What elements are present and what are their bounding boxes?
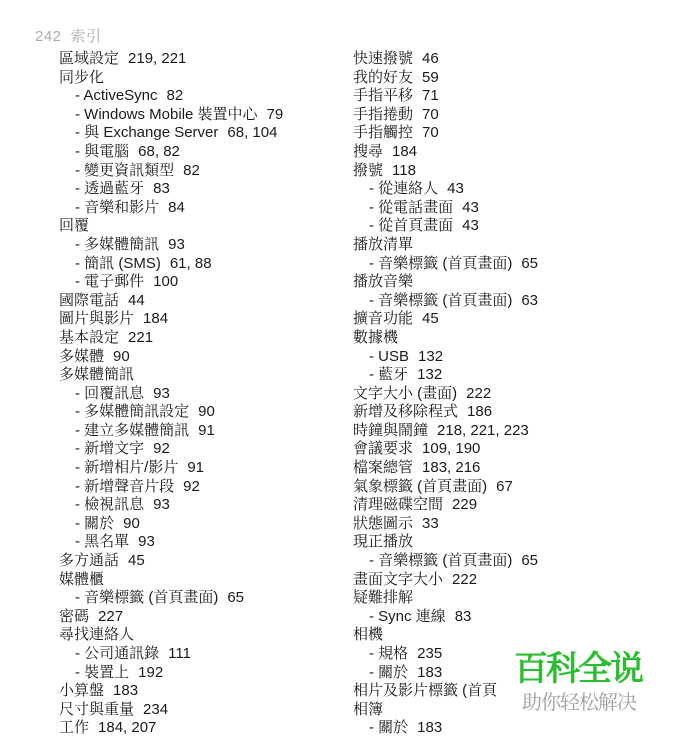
entry-pages: 183 (113, 682, 138, 699)
entry-label: 數據機 (353, 329, 398, 346)
entry-pages: 132 (418, 348, 443, 365)
index-entry: 文字大小 (畫面)222 (353, 385, 683, 404)
index-subentry: - Sync 連線83 (353, 608, 683, 627)
entry-label: 小算盤 (59, 682, 104, 699)
entry-pages: 44 (128, 292, 145, 309)
entry-pages: 90 (113, 348, 130, 365)
entry-pages: 92 (153, 440, 170, 457)
entry-pages: 93 (168, 236, 185, 253)
index-column-left: 區域設定219, 221同步化- ActiveSync82- Windows M… (59, 50, 349, 738)
entry-label: 多媒體 (59, 348, 104, 365)
index-entry: 數據機 (353, 329, 683, 348)
entry-pages: 221 (128, 329, 153, 346)
entry-pages: 67 (496, 478, 513, 495)
entry-label: - 關於 (75, 515, 114, 532)
index-entry: 氣象標籤 (首頁畫面)67 (353, 478, 683, 497)
page-number: 242 (35, 28, 62, 45)
index-subentry: - 新增文字92 (59, 440, 349, 459)
entry-label: - 新增相片/影片 (75, 459, 178, 476)
index-entry: 手指平移71 (353, 87, 683, 106)
entry-pages: 65 (521, 255, 538, 272)
entry-pages: 71 (422, 87, 439, 104)
index-subentry: - 建立多媒體簡訊91 (59, 422, 349, 441)
index-entry: 尋找連絡人 (59, 626, 349, 645)
entry-label: 擴音功能 (353, 310, 413, 327)
entry-pages: 222 (452, 571, 477, 588)
entry-pages: 222 (466, 385, 491, 402)
index-entry: 快速撥號46 (353, 50, 683, 69)
index-subentry: - 公司通訊錄111 (59, 645, 349, 664)
watermark: 百科全说 助你轻松解决 (504, 638, 692, 736)
index-entry: 擴音功能45 (353, 310, 683, 329)
index-entry: 會議要求109, 190 (353, 440, 683, 459)
entry-pages: 91 (198, 422, 215, 439)
index-subentry: - 變更資訊類型82 (59, 162, 349, 181)
entry-label: - Windows Mobile 裝置中心 (75, 106, 258, 123)
index-entry: 檔案總管183, 216 (353, 459, 683, 478)
entry-label: 區域設定 (59, 50, 119, 67)
entry-pages: 65 (227, 589, 244, 606)
entry-label: - 變更資訊類型 (75, 162, 174, 179)
index-entry: 撥號118 (353, 162, 683, 181)
index-subentry: - 藍牙132 (353, 366, 683, 385)
index-entry: 清理磁碟空間229 (353, 496, 683, 515)
index-subentry: - 透過藍牙83 (59, 180, 349, 199)
index-entry: 區域設定219, 221 (59, 50, 349, 69)
index-subentry: - 電子郵件100 (59, 273, 349, 292)
entry-label: 會議要求 (353, 440, 413, 457)
entry-label: 播放清單 (353, 236, 413, 253)
entry-pages: 183, 216 (422, 459, 480, 476)
entry-label: 撥號 (353, 162, 383, 179)
entry-label: - 音樂和影片 (75, 199, 159, 216)
entry-pages: 91 (187, 459, 204, 476)
entry-label: 狀態圖示 (353, 515, 413, 532)
entry-label: - Sync 連線 (369, 608, 446, 625)
entry-label: 現正播放 (353, 533, 413, 550)
entry-pages: 218, 221, 223 (437, 422, 529, 439)
index-entry: 疑難排解 (353, 589, 683, 608)
index-subentry: - 音樂標籤 (首頁畫面)63 (353, 292, 683, 311)
entry-label: 相簿 (353, 701, 383, 718)
entry-pages: 92 (183, 478, 200, 495)
index-entry: 新增及移除程式186 (353, 403, 683, 422)
index-subentry: - 音樂和影片84 (59, 199, 349, 218)
entry-label: - 與電腦 (75, 143, 129, 160)
entry-pages: 184, 207 (98, 719, 156, 736)
entry-label: 基本設定 (59, 329, 119, 346)
index-entry: 密碼227 (59, 608, 349, 627)
entry-label: 媒體櫃 (59, 571, 104, 588)
entry-pages: 93 (138, 533, 155, 550)
entry-pages: 90 (198, 403, 215, 420)
entry-pages: 46 (422, 50, 439, 67)
entry-label: - 新增文字 (75, 440, 144, 457)
entry-label: 圖片與影片 (59, 310, 134, 327)
entry-pages: 109, 190 (422, 440, 480, 457)
entry-pages: 183 (417, 664, 442, 681)
entry-label: 我的好友 (353, 69, 413, 86)
entry-label: - 從連絡人 (369, 180, 438, 197)
entry-label: 手指觸控 (353, 124, 413, 141)
index-entry: 小算盤183 (59, 682, 349, 701)
entry-pages: 68, 82 (138, 143, 180, 160)
index-entry: 手指捲動70 (353, 106, 683, 125)
entry-label: 工作 (59, 719, 89, 736)
entry-label: - 新增聲音片段 (75, 478, 174, 495)
entry-pages: 234 (143, 701, 168, 718)
index-entry: 我的好友59 (353, 69, 683, 88)
index-entry: 同步化 (59, 69, 349, 88)
entry-pages: 82 (183, 162, 200, 179)
entry-pages: 184 (143, 310, 168, 327)
entry-label: 快速撥號 (353, 50, 413, 67)
entry-label: - 電子郵件 (75, 273, 144, 290)
index-entry: 畫面文字大小222 (353, 571, 683, 590)
index-subentry: - 黑名單93 (59, 533, 349, 552)
index-entry: 播放音樂 (353, 273, 683, 292)
entry-label: - 關於 (369, 719, 408, 736)
index-entry: 搜尋184 (353, 143, 683, 162)
index-subentry: - 與電腦68, 82 (59, 143, 349, 162)
index-subentry: - 音樂標籤 (首頁畫面)65 (59, 589, 349, 608)
entry-label: - 與 Exchange Server (75, 124, 218, 141)
index-entry: 手指觸控70 (353, 124, 683, 143)
index-subentry: - 簡訊 (SMS)61, 88 (59, 255, 349, 274)
entry-pages: 100 (153, 273, 178, 290)
watermark-subtitle: 助你轻松解决 (522, 693, 692, 713)
entry-pages: 33 (422, 515, 439, 532)
index-entry: 工作184, 207 (59, 719, 349, 738)
entry-label: 尋找連絡人 (59, 626, 134, 643)
index-subentry: - Windows Mobile 裝置中心79 (59, 106, 349, 125)
entry-pages: 83 (153, 180, 170, 197)
entry-label: - 黑名單 (75, 533, 129, 550)
index-subentry: - 從連絡人43 (353, 180, 683, 199)
entry-label: - 裝置上 (75, 664, 129, 681)
entry-label: 檔案總管 (353, 459, 413, 476)
entry-pages: 83 (455, 608, 472, 625)
entry-pages: 90 (123, 515, 140, 532)
entry-pages: 43 (447, 180, 464, 197)
entry-label: - 公司通訊錄 (75, 645, 159, 662)
entry-label: 新增及移除程式 (353, 403, 458, 420)
index-entry: 播放清單 (353, 236, 683, 255)
entry-label: - 音樂標籤 (首頁畫面) (369, 292, 512, 309)
entry-pages: 183 (417, 719, 442, 736)
entry-label: 畫面文字大小 (353, 571, 443, 588)
index-subentry: - 新增聲音片段92 (59, 478, 349, 497)
index-subentry: - 裝置上192 (59, 664, 349, 683)
index-entry: 尺寸與重量234 (59, 701, 349, 720)
index-subentry: - 多媒體簡訊設定90 (59, 403, 349, 422)
entry-pages: 79 (267, 106, 284, 123)
entry-label: 密碼 (59, 608, 89, 625)
entry-pages: 227 (98, 608, 123, 625)
entry-label: - 從電話畫面 (369, 199, 453, 216)
index-subentry: - 回覆訊息93 (59, 385, 349, 404)
index-subentry: - 關於90 (59, 515, 349, 534)
entry-label: - 多媒體簡訊設定 (75, 403, 189, 420)
entry-pages: 192 (138, 664, 163, 681)
index-entry: 媒體櫃 (59, 571, 349, 590)
entry-label: - 音樂標籤 (首頁畫面) (369, 552, 512, 569)
entry-pages: 61, 88 (170, 255, 212, 272)
entry-pages: 59 (422, 69, 439, 86)
entry-pages: 45 (128, 552, 145, 569)
entry-label: 播放音樂 (353, 273, 413, 290)
index-entry: 多媒體簡訊 (59, 366, 349, 385)
entry-label: 相機 (353, 626, 383, 643)
index-entry: 現正播放 (353, 533, 683, 552)
entry-label: 時鐘與鬧鐘 (353, 422, 428, 439)
entry-label: - USB (369, 348, 409, 365)
entry-label: 同步化 (59, 69, 104, 86)
entry-label: - 音樂標籤 (首頁畫面) (369, 255, 512, 272)
entry-label: 相片及影片標籤 (首頁 (353, 682, 497, 699)
entry-pages: 84 (168, 199, 185, 216)
entry-label: 疑難排解 (353, 589, 413, 606)
entry-label: 手指平移 (353, 87, 413, 104)
entry-pages: 93 (153, 385, 170, 402)
index-entry: 狀態圖示33 (353, 515, 683, 534)
entry-label: 國際電話 (59, 292, 119, 309)
entry-pages: 82 (167, 87, 184, 104)
entry-pages: 43 (462, 199, 479, 216)
index-entry: 國際電話44 (59, 292, 349, 311)
index-subentry: - 從電話畫面43 (353, 199, 683, 218)
entry-label: - 透過藍牙 (75, 180, 144, 197)
index-subentry: - 多媒體簡訊93 (59, 236, 349, 255)
index-column-right: 快速撥號46我的好友59手指平移71手指捲動70手指觸控70搜尋184撥號118… (353, 50, 683, 738)
watermark-title: 百科全说 (514, 652, 692, 686)
entry-label: - 回覆訊息 (75, 385, 144, 402)
entry-pages: 63 (521, 292, 538, 309)
index-subentry: - 音樂標籤 (首頁畫面)65 (353, 255, 683, 274)
entry-pages: 219, 221 (128, 50, 186, 67)
entry-pages: 132 (417, 366, 442, 383)
index-subentry: - 與 Exchange Server68, 104 (59, 124, 349, 143)
index-subentry: - 音樂標籤 (首頁畫面)65 (353, 552, 683, 571)
entry-pages: 235 (417, 645, 442, 662)
entry-label: 搜尋 (353, 143, 383, 160)
entry-pages: 111 (168, 645, 191, 662)
index-entry: 多媒體90 (59, 348, 349, 367)
entry-pages: 93 (153, 496, 170, 513)
entry-pages: 70 (422, 124, 439, 141)
index-entry: 圖片與影片184 (59, 310, 349, 329)
index-entry: 多方通話45 (59, 552, 349, 571)
entry-pages: 45 (422, 310, 439, 327)
entry-label: - 建立多媒體簡訊 (75, 422, 189, 439)
page-header: 242索引 (35, 25, 102, 46)
entry-pages: 184 (392, 143, 417, 160)
entry-label: - 簡訊 (SMS) (75, 255, 161, 272)
index-entry: 時鐘與鬧鐘218, 221, 223 (353, 422, 683, 441)
index-subentry: - ActiveSync82 (59, 87, 349, 106)
entry-label: 回覆 (59, 217, 89, 234)
entry-pages: 65 (521, 552, 538, 569)
entry-label: 多媒體簡訊 (59, 366, 134, 383)
entry-label: - 規格 (369, 645, 408, 662)
entry-label: - ActiveSync (75, 87, 158, 104)
entry-label: 文字大小 (畫面) (353, 385, 457, 402)
entry-label: - 藍牙 (369, 366, 408, 383)
entry-pages: 229 (452, 496, 477, 513)
entry-pages: 70 (422, 106, 439, 123)
page-title: 索引 (71, 28, 102, 45)
index-subentry: - 新增相片/影片91 (59, 459, 349, 478)
entry-label: 氣象標籤 (首頁畫面) (353, 478, 487, 495)
entry-label: - 多媒體簡訊 (75, 236, 159, 253)
index-entry: 回覆 (59, 217, 349, 236)
entry-label: - 關於 (369, 664, 408, 681)
entry-label: - 檢視訊息 (75, 496, 144, 513)
entry-label: 手指捲動 (353, 106, 413, 123)
entry-label: 尺寸與重量 (59, 701, 134, 718)
entry-pages: 68, 104 (227, 124, 277, 141)
entry-pages: 118 (392, 162, 416, 179)
entry-label: 清理磁碟空間 (353, 496, 443, 513)
index-entry: 基本設定221 (59, 329, 349, 348)
entry-label: - 音樂標籤 (首頁畫面) (75, 589, 218, 606)
entry-pages: 186 (467, 403, 492, 420)
entry-label: 多方通話 (59, 552, 119, 569)
entry-label: - 從首頁畫面 (369, 217, 453, 234)
index-subentry: - 從首頁畫面43 (353, 217, 683, 236)
index-subentry: - 檢視訊息93 (59, 496, 349, 515)
entry-pages: 43 (462, 217, 479, 234)
index-subentry: - USB132 (353, 348, 683, 367)
